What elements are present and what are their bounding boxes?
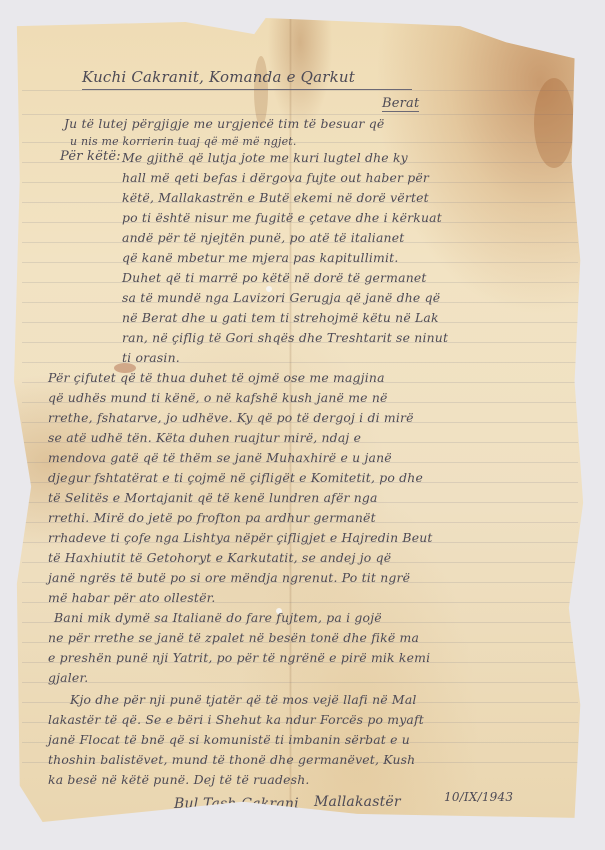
paragraph-2-line: rrhadeve ti çofe nga Lishtya nëpër çifli… bbox=[48, 528, 433, 548]
paragraph-3-line: e preshën punë nji Yatrit, po për të ngr… bbox=[48, 648, 430, 668]
section-line: Me gjithë që lutja jote me kuri lugtel d… bbox=[122, 148, 408, 168]
section-line: hall më qeti befas i dërgova fujte out h… bbox=[122, 168, 429, 188]
paragraph-2-line: rrethi. Mirë do jetë po frofton pa ardhu… bbox=[48, 508, 376, 528]
section-label: Për këtë: bbox=[60, 149, 121, 164]
ruled-line bbox=[22, 90, 578, 91]
section-line: Duhet që ti marrë po këtë në dorë të ger… bbox=[122, 268, 427, 288]
section-line: në Berat dhe u gati tem ti strehojmë kët… bbox=[122, 308, 439, 328]
paragraph-2-line: të Selitës e Mortajanit që të kenë lundr… bbox=[48, 488, 378, 508]
section-line: ran, në çiflig të Gori shqës dhe Treshta… bbox=[122, 328, 448, 348]
section-line: po ti është nisur me fugitë e çetave dhe… bbox=[122, 208, 442, 228]
letter-paper: Kuchi Cakranit, Komanda e Qarkut Berat J… bbox=[14, 18, 586, 826]
opening-line: Ju të lutej përgjigje me urgjencë tim të… bbox=[64, 114, 384, 134]
paragraph-2-line: Për çifutet që të thua duhet të ojmë ose… bbox=[48, 368, 385, 388]
letter-place: Berat bbox=[382, 96, 419, 112]
signature-date: 10/IX/1943 bbox=[444, 790, 513, 804]
paragraph-2-line: të Haxhiutit të Getohoryt e Karkutatit, … bbox=[48, 548, 391, 568]
paragraph-4-line: Kjo dhe për nji punë tjatër që të mos ve… bbox=[70, 690, 417, 710]
paragraph-2-line: djegur fshtatërat e ti çojmë në çifligët… bbox=[48, 468, 423, 488]
section-line: andë për të njejtën punë, po atë të ital… bbox=[122, 228, 404, 248]
signature-location: Mallakastër bbox=[314, 794, 401, 810]
ruled-line bbox=[22, 362, 578, 363]
paragraph-4-line: thoshin balistëvet, mund të thonë dhe ge… bbox=[48, 750, 415, 770]
paragraph-3-line: ne për rrethe se janë të zpalet në besën… bbox=[48, 628, 419, 648]
paragraph-2-line: mendova gatë që të thëm se janë Muhaxhir… bbox=[48, 448, 392, 468]
paragraph-2-line: rrethe, fshatarve, jo udhëve. Ky që po t… bbox=[48, 408, 414, 428]
paragraph-3-line: Bani mik dymë sa Italianë do fare fujtem… bbox=[54, 608, 382, 628]
signature-name: Bul Tash Cakrani bbox=[174, 796, 299, 812]
paragraph-2-line: që udhës mund ti kënë, o në kafshë kush … bbox=[48, 388, 388, 408]
paragraph-2-line: më habar për ato ollestër. bbox=[48, 588, 216, 608]
section-line: që kanë mbetur me mjera pas kapitullimit… bbox=[122, 248, 398, 268]
ruled-line bbox=[22, 682, 578, 683]
paragraph-3-line: gjaler. bbox=[48, 668, 88, 688]
stain bbox=[534, 78, 574, 168]
section-line: këtë, Mallakastrën e Butë ekemi në dorë … bbox=[122, 188, 429, 208]
section-line: sa të mundë nga Lavizori Gerugja që janë… bbox=[122, 288, 440, 308]
letter-header: Kuchi Cakranit, Komanda e Qarkut bbox=[82, 68, 412, 90]
section-line: ti orasin. bbox=[122, 348, 180, 368]
paragraph-4-line: ka besë në këtë punë. Dej të të ruadesh. bbox=[48, 770, 310, 790]
paragraph-2-line: se atë udhë tën. Këta duhen ruajtur mirë… bbox=[48, 428, 361, 448]
paragraph-4-line: lakastër të që. Se e bëri i Shehut ka nd… bbox=[48, 710, 424, 730]
paragraph-2-line: janë ngrës të butë po si ore mëndja ngre… bbox=[48, 568, 410, 588]
paragraph-4-line: janë Flocat të bnë që si komunistë ti im… bbox=[48, 730, 410, 750]
